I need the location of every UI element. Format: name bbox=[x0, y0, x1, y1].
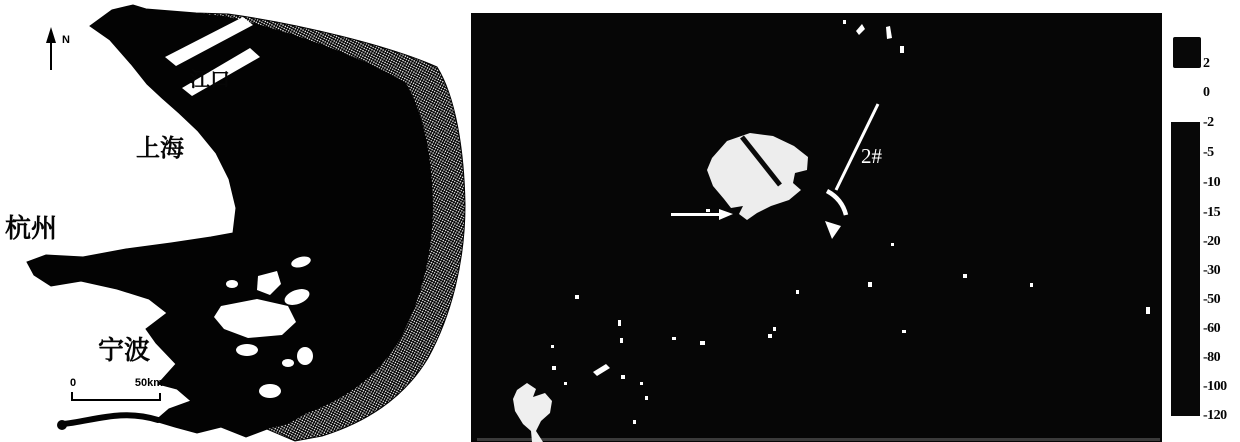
legend-value: -100 bbox=[1203, 380, 1239, 394]
bathymetry-bottom-edge bbox=[477, 438, 1160, 441]
coastline-blob bbox=[57, 420, 67, 430]
scale-distance: 50km bbox=[135, 377, 163, 389]
legend-value: 0 bbox=[1203, 86, 1239, 100]
legend-swatch-above-zero bbox=[1173, 37, 1201, 68]
label-ningbo: 宁波 bbox=[98, 336, 150, 366]
legend-colorbar bbox=[1171, 122, 1200, 416]
legend-value: -10 bbox=[1203, 176, 1239, 190]
mesh-map-panel: 江口 上海 杭州 宁波 N 0 50km bbox=[0, 0, 470, 442]
depth-legend: 2 0 -2 -5 -10 -15 -20 -30 -50 -60 -80 -1… bbox=[1162, 0, 1240, 442]
north-arrow-label: N bbox=[62, 34, 70, 46]
legend-value: -50 bbox=[1203, 293, 1239, 307]
north-arrow: N bbox=[46, 27, 70, 70]
coastline-hook bbox=[62, 415, 158, 424]
legend-value: -30 bbox=[1203, 264, 1239, 278]
bathymetry-background bbox=[471, 13, 1162, 442]
transect-label: 2# bbox=[861, 144, 883, 168]
legend-value: 2 bbox=[1203, 57, 1239, 71]
legend-value: -15 bbox=[1203, 206, 1239, 220]
legend-value: -60 bbox=[1203, 322, 1239, 336]
legend-value: -5 bbox=[1203, 146, 1239, 160]
scale-zero: 0 bbox=[70, 377, 76, 389]
bathymetry-panel: 2# bbox=[471, 13, 1162, 442]
label-shanghai: 上海 bbox=[136, 134, 185, 162]
legend-value: -2 bbox=[1203, 116, 1239, 130]
legend-value: -120 bbox=[1203, 409, 1239, 423]
label-hangzhou: 杭州 bbox=[5, 214, 57, 244]
label-estuary: 江口 bbox=[190, 67, 230, 91]
scale-bar: 0 50km bbox=[70, 377, 163, 400]
legend-value: -80 bbox=[1203, 351, 1239, 365]
legend-value: -20 bbox=[1203, 235, 1239, 249]
